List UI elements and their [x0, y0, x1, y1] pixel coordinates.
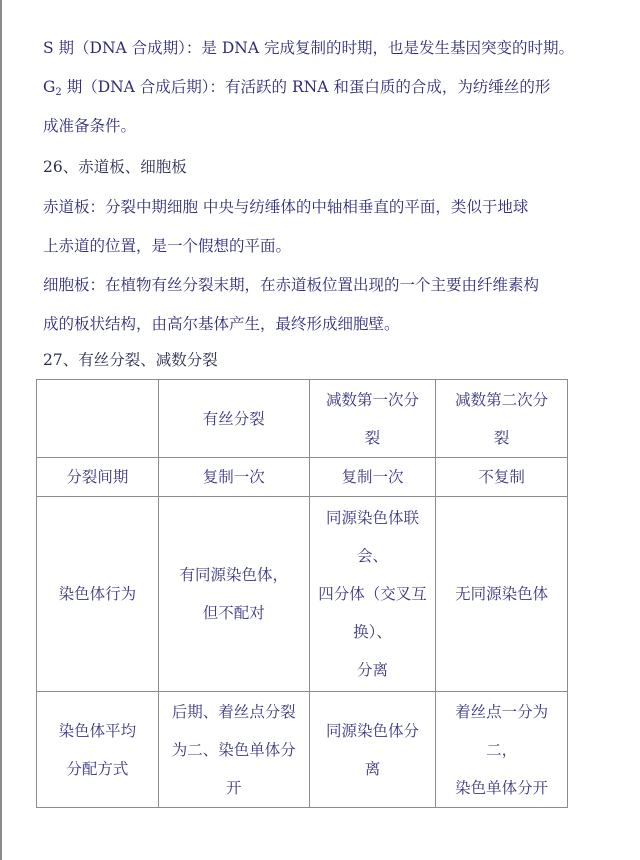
table-row: 染色体平均分配方式 后期、着丝点分裂为二、染色单体分开 同源染色体分离 着丝点一…: [37, 692, 568, 808]
cell-line: 染色体平均: [39, 712, 156, 750]
row-label: 染色体行为: [37, 497, 159, 692]
header-cell-mitosis: 有丝分裂: [158, 380, 309, 458]
cell-mitosis: 复制一次: [158, 458, 309, 497]
header-cell-meiosis1: 减数第一次分裂: [309, 380, 435, 458]
cell-line: 分离: [312, 651, 433, 689]
cell-line: 分配方式: [39, 750, 156, 788]
cell-line: 减数第一次分: [312, 381, 433, 419]
cell-line: 同源染色体联: [312, 499, 433, 537]
cell-meiosis2: 着丝点一分为二，染色单体分开: [436, 692, 568, 808]
g2-text: 期（DNA 合成后期）：有活跃的 RNA 和蛋白质的合成，为纺缍丝的形: [62, 78, 551, 96]
cell-line: 四分体（交叉互: [312, 575, 433, 613]
cell-meiosis1: 同源染色体分离: [309, 692, 435, 808]
cell-line: 离: [312, 750, 433, 788]
paragraph-equatorial-plate-cont: 上赤道的位置，是一个假想的平面。: [43, 236, 291, 256]
table-row: 染色体行为 有同源染色体，但不配对 同源染色体联会、四分体（交叉互换）、分离 无…: [37, 497, 568, 692]
heading-26: 26、赤道板、细胞板: [43, 157, 187, 177]
header-cell-empty: [37, 380, 159, 458]
cell-line: 着丝点一分为: [438, 693, 565, 731]
cell-meiosis1: 复制一次: [309, 458, 435, 497]
cell-meiosis2: 不复制: [436, 458, 568, 497]
g-letter: G: [43, 78, 55, 96]
paragraph-g2-phase-cont: 成准备条件。: [43, 116, 136, 136]
table-header-row: 有丝分裂 减数第一次分裂 减数第二次分裂: [37, 380, 568, 458]
heading-27: 27、有丝分裂、减数分裂: [43, 350, 218, 370]
cell-line: 开: [161, 769, 307, 807]
row-label: 分裂间期: [37, 458, 159, 497]
paragraph-cell-plate: 细胞板：在植物有丝分裂末期，在赤道板位置出现的一个主要由纤维素构: [43, 275, 539, 295]
mitosis-meiosis-table: 有丝分裂 减数第一次分裂 减数第二次分裂 分裂间期 复制一次 复制一次 不复制 …: [36, 379, 568, 808]
cell-line: 染色单体分开: [438, 769, 565, 807]
paragraph-g2-phase: G2 期（DNA 合成后期）：有活跃的 RNA 和蛋白质的合成，为纺缍丝的形: [43, 77, 550, 103]
paragraph-s-phase: S 期（DNA 合成期）：是 DNA 完成复制的时期，也是发生基因突变的时期。: [43, 38, 574, 58]
cell-mitosis: 有同源染色体，但不配对: [158, 497, 309, 692]
cell-line: 会、: [312, 537, 433, 575]
cell-meiosis1: 同源染色体联会、四分体（交叉互换）、分离: [309, 497, 435, 692]
cell-line: 但不配对: [161, 594, 307, 632]
row-label: 染色体平均分配方式: [37, 692, 159, 808]
paragraph-equatorial-plate: 赤道板：分裂中期细胞 中央与纺缍体的中轴相垂直的平面，类似于地球: [43, 197, 528, 217]
table-row: 分裂间期 复制一次 复制一次 不复制: [37, 458, 568, 497]
paragraph-cell-plate-cont: 成的板状结构，由高尔基体产生，最终形成细胞壁。: [43, 314, 400, 334]
cell-line: 为二、染色单体分: [161, 731, 307, 769]
cell-line: 有同源染色体，: [161, 556, 307, 594]
cell-line: 后期、着丝点分裂: [161, 693, 307, 731]
cell-line: 裂: [312, 419, 433, 457]
cell-meiosis2: 无同源染色体: [436, 497, 568, 692]
cell-line: 减数第二次分: [438, 381, 565, 419]
cell-line: 二，: [438, 731, 565, 769]
page-left-border: [0, 0, 2, 860]
cell-line: 同源染色体分: [312, 712, 433, 750]
cell-mitosis: 后期、着丝点分裂为二、染色单体分开: [158, 692, 309, 808]
cell-line: 换）、: [312, 613, 433, 651]
cell-line: 裂: [438, 419, 565, 457]
header-cell-meiosis2: 减数第二次分裂: [436, 380, 568, 458]
